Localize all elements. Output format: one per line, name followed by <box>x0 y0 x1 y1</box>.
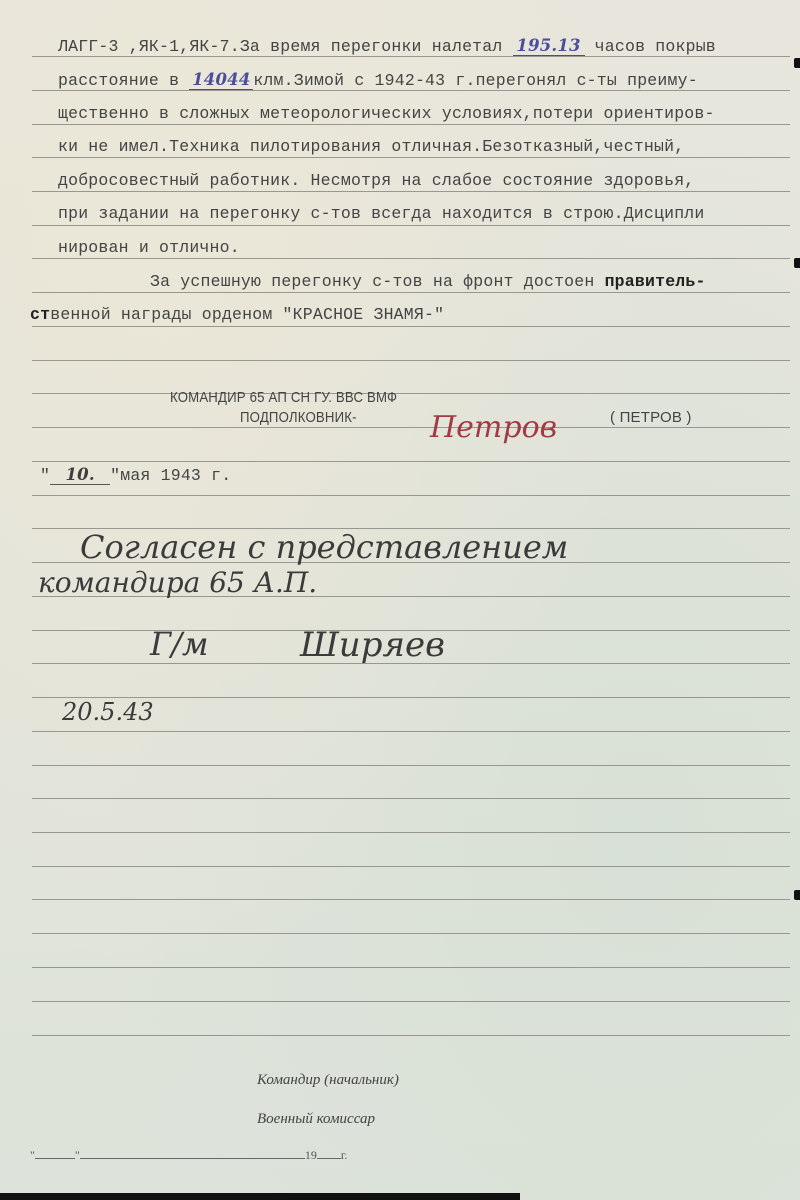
body-line-3: щественно в сложных метеорологических ус… <box>58 104 715 123</box>
body-line-7: нирован и отлично. <box>58 238 240 257</box>
conclusion-line-1: За успешную перегонку с-тов на фронт дос… <box>150 272 706 291</box>
century: 19 <box>305 1148 317 1162</box>
endorsement-line-1: Согласен с представлением <box>80 528 568 566</box>
rule <box>32 461 790 462</box>
conclusion-bold-text: ст <box>30 305 50 324</box>
rule <box>32 427 790 428</box>
blank-month <box>80 1148 305 1159</box>
conclusion-bold-text: правитель- <box>605 272 706 291</box>
date-day-handwritten: 10. <box>50 465 110 485</box>
rule <box>32 124 790 125</box>
conclusion-text: венной награды орденом "КРАСНОЕ ЗНАМЯ-" <box>50 305 444 324</box>
commander-name: ( ПЕТРОВ ) <box>610 409 692 426</box>
commander-signature: Петров <box>430 410 557 445</box>
rule <box>32 292 790 293</box>
rule <box>32 258 790 259</box>
body-text: ЛАГГ-3 ,ЯК-1,ЯК-7.За время перегонки нал… <box>58 37 513 56</box>
blank-date-field: ""19г. <box>30 1148 347 1163</box>
date-line: "10."мая 1943 г. <box>40 465 231 485</box>
body-line-1: ЛАГГ-3 ,ЯК-1,ЯК-7.За время перегонки нал… <box>58 36 716 56</box>
body-line-2: расстояние в 14044клм.Зимой с 1942-43 г.… <box>58 70 698 90</box>
body-line-5: добросовестный работник. Несмотря на сла… <box>58 171 694 190</box>
rule <box>32 191 790 192</box>
rule <box>32 393 790 394</box>
rule <box>32 832 790 833</box>
endorsement-line-2: командира 65 А.П. <box>38 566 317 599</box>
rule <box>32 56 790 57</box>
rule <box>32 360 790 361</box>
scan-bottom-edge <box>0 1193 520 1200</box>
conclusion-line-2: ственной награды орденом "КРАСНОЕ ЗНАМЯ-… <box>30 305 444 324</box>
scan-edge-mark <box>794 58 800 68</box>
date-month-year: "мая 1943 г. <box>110 466 231 485</box>
blank-day <box>35 1148 75 1159</box>
year-suffix: г. <box>341 1148 348 1162</box>
endorsement-date: 20.5.43 <box>62 698 154 726</box>
rule <box>32 798 790 799</box>
rule <box>32 765 790 766</box>
rule <box>32 899 790 900</box>
commander-caption: Командир (начальник) <box>257 1072 399 1089</box>
rule <box>32 933 790 934</box>
rule <box>32 157 790 158</box>
scan-edge-mark <box>794 890 800 900</box>
rule <box>32 967 790 968</box>
rule <box>32 90 790 91</box>
commander-title: КОМАНДИР 65 АП СН ГУ. ВВС ВМФ <box>170 389 397 406</box>
body-text: расстояние в <box>58 71 189 90</box>
rule <box>32 495 790 496</box>
endorsement-prefix: Г/м <box>150 625 209 663</box>
commander-rank: ПОДПОЛКОВНИК- <box>240 409 357 426</box>
body-text: клм.Зимой с 1942-43 г.перегонял с-ты пре… <box>253 71 697 90</box>
body-line-4: ки не имел.Техника пилотирования отлична… <box>58 137 684 156</box>
flight-hours-handwritten: 195.13 <box>513 36 585 56</box>
rule <box>32 326 790 327</box>
rule <box>32 1035 790 1036</box>
quote: " <box>40 466 50 485</box>
endorsement-signature: Ширяев <box>300 625 445 665</box>
blank-year <box>317 1148 341 1159</box>
rule <box>32 1001 790 1002</box>
scan-edge-mark <box>794 258 800 268</box>
distance-handwritten: 14044 <box>189 70 253 90</box>
rule <box>32 731 790 732</box>
commissar-caption: Военный комиссар <box>257 1111 375 1128</box>
body-line-6: при задании на перегонку с-тов всегда на… <box>58 204 705 223</box>
rule <box>32 866 790 867</box>
rule <box>32 225 790 226</box>
body-text: часов покрыв <box>585 37 716 56</box>
conclusion-text: За успешную перегонку с-тов на фронт дос… <box>150 272 605 291</box>
